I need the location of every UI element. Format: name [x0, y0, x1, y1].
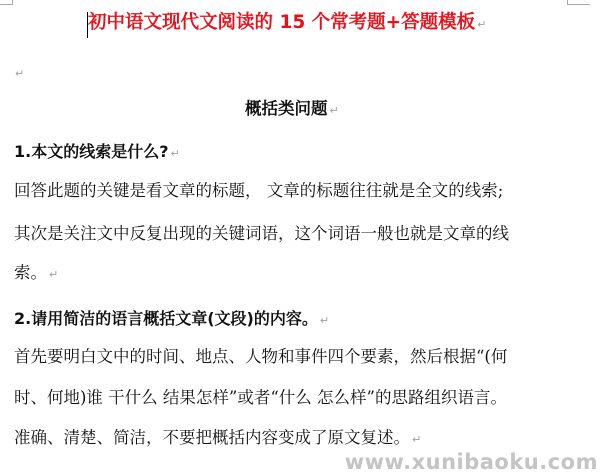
- question-1-answer-line-2[interactable]: 其次是关注文中反复出现的关键词语，这个词语一般也就是文章的线: [14, 224, 509, 244]
- paragraph-mark-icon: ↵: [330, 104, 339, 117]
- question-2-title[interactable]: 2.请用简洁的语言概括文章(文段)的内容。↵: [14, 309, 329, 331]
- question-2-answer-line-3[interactable]: 准确、清楚、简洁，不要把概括内容变成了原文复述。↵: [14, 428, 421, 450]
- paragraph-mark-icon: ↵: [477, 18, 486, 31]
- answer-text: 准确、清楚、简洁，不要把概括内容变成了原文复述。: [14, 428, 410, 447]
- question-1-answer-line-3[interactable]: 索。↵: [14, 263, 58, 285]
- page-corner-mark-top-left: [0, 0, 13, 5]
- answer-text: 回答此题的关键是看文章的标题， 文章的标题往往就是全文的线索;: [14, 181, 503, 200]
- document-title[interactable]: 初中语文现代文阅读的 15 个常考题+答题模板↵: [88, 12, 486, 36]
- paragraph-mark-icon: ↵: [171, 147, 180, 160]
- paragraph-mark-icon: ↵: [412, 433, 421, 446]
- section-heading-text: 概括类问题: [245, 99, 328, 118]
- answer-text: 首先要明白文中的时间、地点、人物和事件四个要素，然后根据“(何: [14, 347, 507, 366]
- answer-text: 时、何地)谁 干什么 结果怎样”或者“什么 怎么样”的思路组织语言。: [14, 388, 507, 407]
- paragraph-mark-icon: ↵: [15, 67, 24, 80]
- question-2-answer-line-2[interactable]: 时、何地)谁 干什么 结果怎样”或者“什么 怎么样”的思路组织语言。: [14, 388, 507, 408]
- empty-paragraph[interactable]: ↵: [13, 62, 24, 84]
- watermark: www.xunibaoku.com: [345, 450, 598, 474]
- paragraph-mark-icon: ↵: [49, 268, 58, 281]
- question-title-text: 2.请用简洁的语言概括文章(文段)的内容。: [14, 309, 318, 328]
- question-1-title[interactable]: 1.本文的线索是什么?↵: [14, 142, 180, 164]
- page-corner-mark-top-right: [567, 0, 590, 5]
- question-2-answer-line-1[interactable]: 首先要明白文中的时间、地点、人物和事件四个要素，然后根据“(何: [14, 347, 507, 367]
- section-heading[interactable]: 概括类问题↵: [245, 99, 339, 121]
- paragraph-mark-icon: ↵: [320, 314, 329, 327]
- question-title-text: 1.本文的线索是什么?: [14, 142, 169, 161]
- document-title-text: 初中语文现代文阅读的 15 个常考题+答题模板: [88, 12, 475, 33]
- question-1-answer-line-1[interactable]: 回答此题的关键是看文章的标题， 文章的标题往往就是全文的线索;: [14, 181, 503, 201]
- answer-text: 其次是关注文中反复出现的关键词语，这个词语一般也就是文章的线: [14, 224, 509, 243]
- answer-text: 索。: [14, 263, 47, 282]
